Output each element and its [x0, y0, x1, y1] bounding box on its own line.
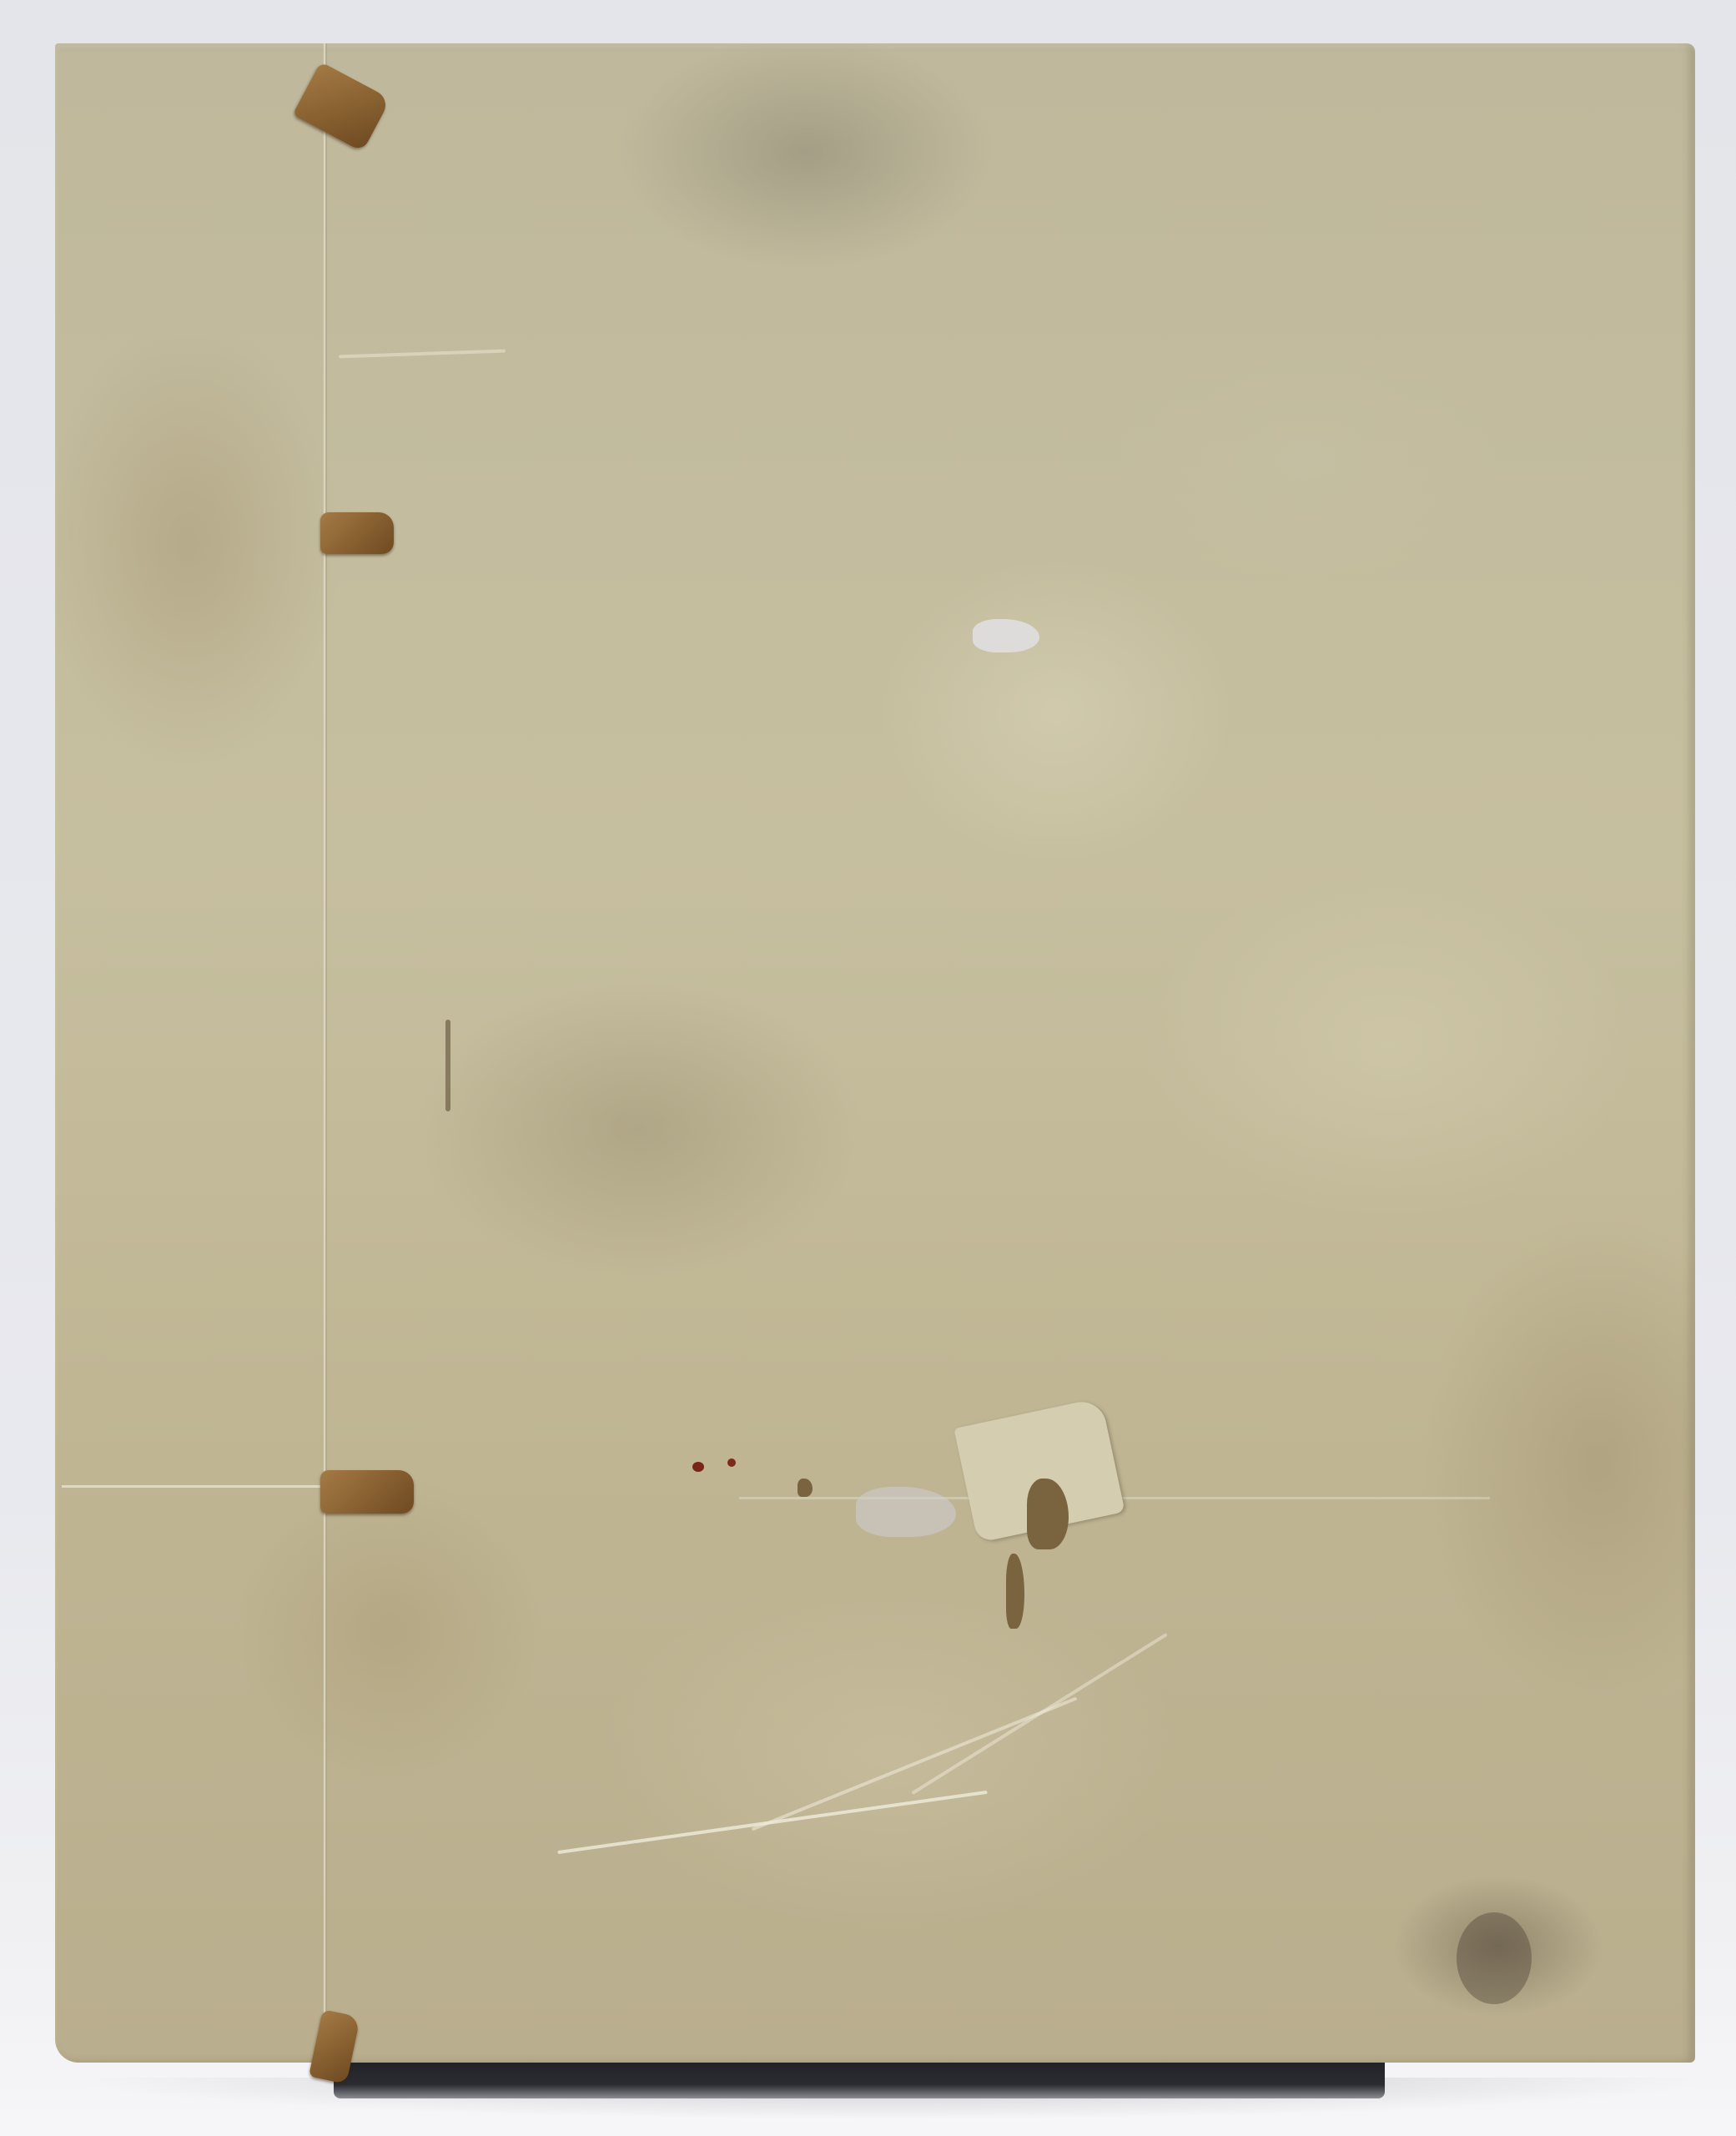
scratch-4: [339, 350, 506, 359]
tear-hole-lower: [1006, 1554, 1024, 1629]
vellum-book-cover: [55, 43, 1695, 2063]
dark-stain-corner: [1457, 1912, 1532, 2004]
spine-crease: [324, 43, 327, 2063]
small-hole: [798, 1479, 813, 1497]
turn-in-fold-line: [62, 1485, 327, 1488]
scratch-3: [911, 1633, 1167, 1795]
red-spot-1: [692, 1462, 704, 1472]
red-spot-2: [727, 1458, 736, 1467]
leather-tie-1: [293, 62, 391, 152]
leather-tie-3: [320, 1470, 414, 1514]
scratch-2: [752, 1696, 1078, 1831]
pale-scuff-upper: [973, 619, 1039, 652]
leather-tie-2: [320, 512, 394, 554]
slit-mark: [445, 1020, 450, 1111]
pale-scuff-lower: [856, 1487, 956, 1537]
